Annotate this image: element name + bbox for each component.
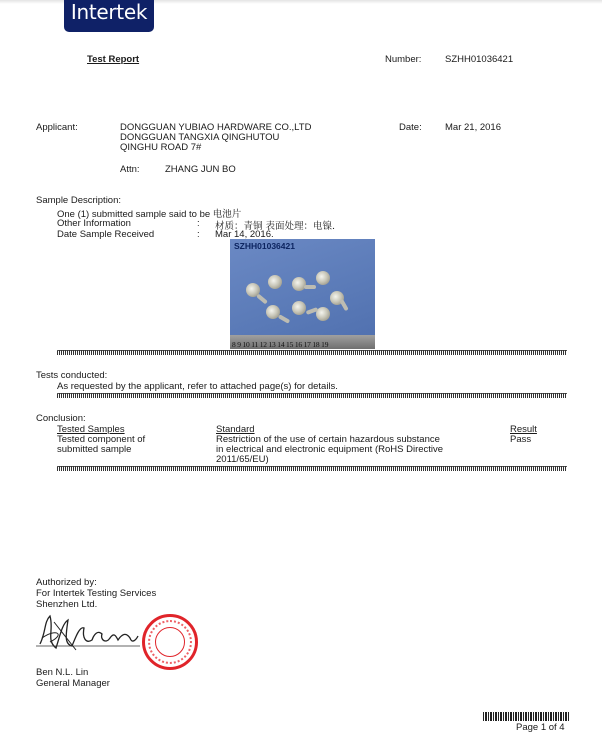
applicant-label: Applicant: (36, 122, 78, 133)
sample-part (316, 271, 330, 285)
standard-line-3: 2011/65/EU) (216, 454, 269, 465)
sample-part-tab (339, 299, 348, 311)
seal-ring (148, 620, 192, 664)
other-info-label: Other Information (57, 218, 131, 229)
signatory-name: Ben N.L. Lin (36, 667, 88, 678)
attn-label: Attn: (120, 164, 140, 175)
conclusion-heading: Conclusion: (36, 413, 86, 424)
authorizing-org: For Intertek Testing Services (36, 588, 156, 599)
separator-line (57, 350, 567, 355)
sample-photo-label: SZHH01036421 (234, 241, 295, 251)
other-info-separator: : (197, 218, 200, 229)
sample-part (316, 307, 330, 321)
result-value: Pass (510, 434, 531, 445)
authorized-heading: Authorized by: (36, 577, 97, 588)
separator-line (57, 393, 567, 398)
sample-part (292, 301, 306, 315)
report-date: Mar 21, 2016 (445, 122, 501, 133)
date-label: Date: (399, 122, 422, 133)
authorizing-org-2: Shenzhen Ltd. (36, 599, 97, 610)
number-label: Number: (385, 54, 421, 65)
tested-sample-line-2: submitted sample (57, 444, 131, 455)
intertek-logo: Intertek (64, 0, 154, 32)
tests-heading: Tests conducted: (36, 370, 107, 381)
report-number: SZHH01036421 (445, 54, 513, 65)
sample-heading: Sample Description: (36, 195, 121, 206)
sample-part-tab (304, 285, 316, 289)
sample-part-tab (256, 294, 268, 305)
company-seal (142, 614, 198, 670)
report-title: Test Report (87, 54, 139, 65)
sample-part (292, 277, 306, 291)
signatory-title: General Manager (36, 678, 110, 689)
date-received-separator: : (197, 229, 200, 240)
separator-line (57, 466, 567, 471)
photo-ruler: 8 9 10 11 12 13 14 15 16 17 18 19 (230, 335, 375, 349)
page-number: Page 1 of 4 (516, 722, 565, 733)
attn-value: ZHANG JUN BO (165, 164, 236, 175)
applicant-address-2: QINGHU ROAD 7# (120, 142, 201, 153)
tests-text: As requested by the applicant, refer to … (57, 381, 338, 392)
date-received-label: Date Sample Received (57, 229, 154, 240)
sample-part (268, 275, 282, 289)
sample-part-tab (278, 314, 290, 323)
signature (36, 610, 146, 655)
barcode (483, 712, 569, 721)
sample-photo: SZHH01036421 8 9 10 11 12 13 14 15 16 17… (230, 239, 375, 349)
